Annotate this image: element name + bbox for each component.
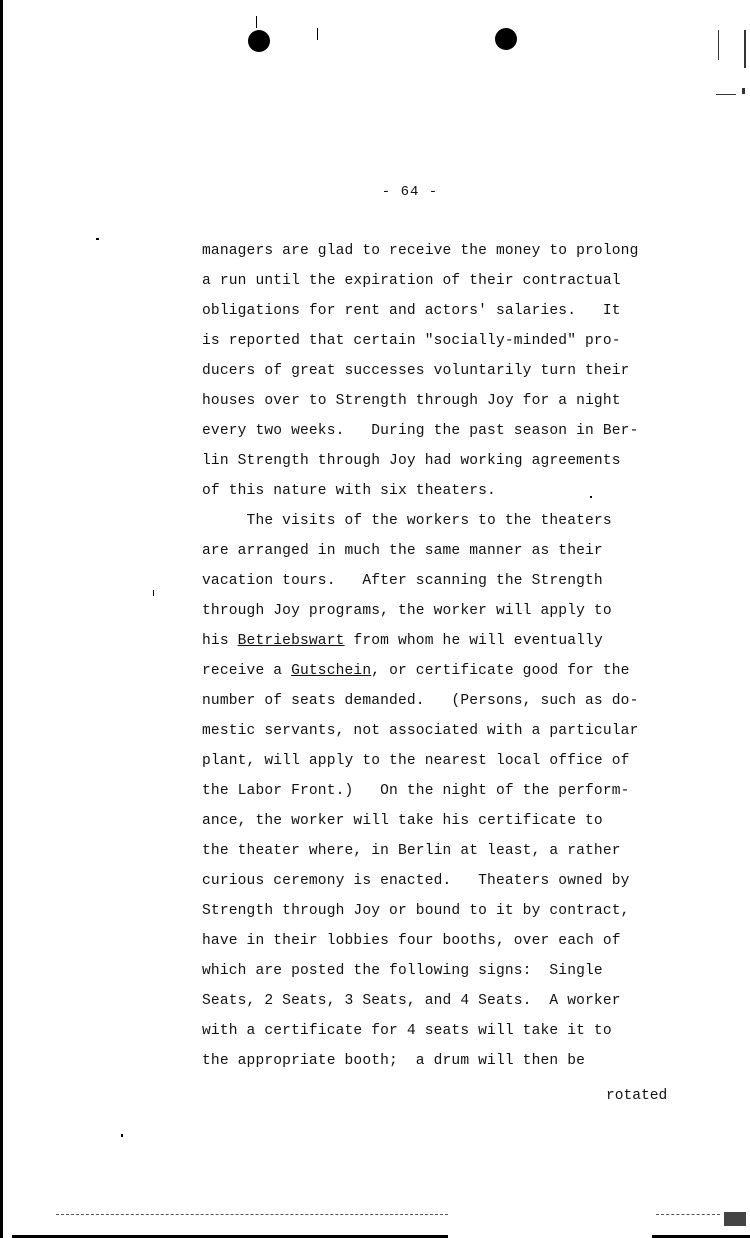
text-fragment: receive a	[202, 663, 291, 679]
punch-hole-right	[495, 28, 517, 50]
underlined-term: Gutschein	[291, 663, 371, 679]
body-text: managers are glad to receive the money t…	[202, 236, 672, 1076]
text-line: obligations for rent and actors' salarie…	[202, 296, 672, 326]
scan-speck	[96, 238, 99, 240]
text-line: are arranged in much the same manner as …	[202, 536, 672, 566]
text-line: a run until the expiration of their cont…	[202, 266, 672, 296]
text-line: managers are glad to receive the money t…	[202, 236, 672, 266]
text-line: number of seats demanded. (Persons, such…	[202, 686, 672, 716]
catchword: rotated	[606, 1088, 667, 1104]
text-line: ducers of great successes voluntarily tu…	[202, 356, 672, 386]
text-fragment: from whom he will eventually	[345, 633, 603, 649]
text-line: the appropriate booth; a drum will then …	[202, 1046, 672, 1076]
text-line: which are posted the following signs: Si…	[202, 956, 672, 986]
punch-hole-left	[248, 30, 270, 52]
text-fragment: , or certificate good for the	[371, 663, 629, 679]
text-line: The visits of the workers to the theater…	[202, 506, 672, 536]
text-line: the theater where, in Berlin at least, a…	[202, 836, 672, 866]
scan-speck	[121, 1134, 123, 1137]
text-line: lin Strength through Joy had working agr…	[202, 446, 672, 476]
scan-bottom-rule	[656, 1214, 720, 1216]
text-line: plant, will apply to the nearest local o…	[202, 746, 672, 776]
text-line: through Joy programs, the worker will ap…	[202, 596, 672, 626]
text-line: receive a Gutschein, or certificate good…	[202, 656, 672, 686]
text-line: vacation tours. After scanning the Stren…	[202, 566, 672, 596]
text-line: his Betriebswart from whom he will event…	[202, 626, 672, 656]
underlined-term: Betriebswart	[238, 633, 345, 649]
page-number: - 64 -	[0, 184, 750, 200]
text-line: with a certificate for 4 seats will take…	[202, 1016, 672, 1046]
text-line: houses over to Strength through Joy for …	[202, 386, 672, 416]
scan-corner-artifact	[724, 1212, 746, 1226]
margin-marks	[716, 30, 746, 100]
scan-speck	[153, 590, 154, 596]
text-line: every two weeks. During the past season …	[202, 416, 672, 446]
text-line: the Labor Front.) On the night of the pe…	[202, 776, 672, 806]
text-line: ance, the worker will take his certifica…	[202, 806, 672, 836]
scan-speck	[256, 16, 257, 28]
text-line: curious ceremony is enacted. Theaters ow…	[202, 866, 672, 896]
text-line: Strength through Joy or bound to it by c…	[202, 896, 672, 926]
text-line: mestic servants, not associated with a p…	[202, 716, 672, 746]
text-fragment: his	[202, 633, 238, 649]
scan-bottom-rule	[56, 1214, 448, 1216]
scan-speck	[317, 28, 318, 40]
text-line: of this nature with six theaters.	[202, 476, 672, 506]
text-line: have in their lobbies four booths, over …	[202, 926, 672, 956]
text-line: is reported that certain "socially-minde…	[202, 326, 672, 356]
text-line: Seats, 2 Seats, 3 Seats, and 4 Seats. A …	[202, 986, 672, 1016]
